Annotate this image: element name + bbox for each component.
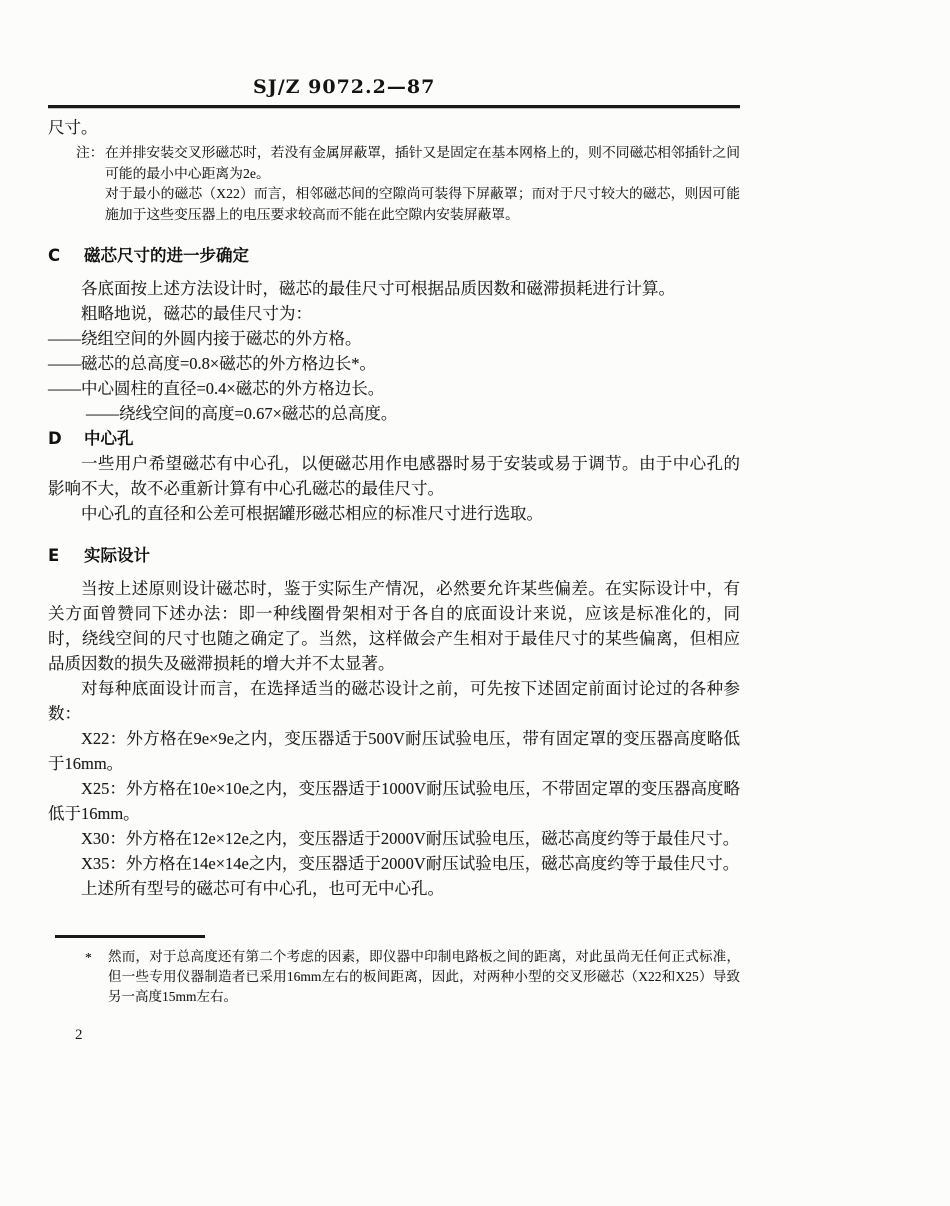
body-paragraph: 中心孔的直径和公差可根据罐形磁芯相应的标准尺寸进行选取。 — [48, 501, 740, 526]
section-heading-d: D中心孔 — [48, 426, 740, 451]
body-paragraph: 粗略地说，磁芯的最佳尺寸为： — [48, 301, 740, 326]
bullet-item: ——磁芯的总高度=0.8×磁芯的外方格边长*。 — [48, 351, 740, 376]
continuation-paragraph: 尺寸。 — [48, 115, 740, 140]
section-title: 实际设计 — [84, 546, 150, 565]
body-paragraph: 各底面按上述方法设计时，磁芯的最佳尺寸可根据品质因数和磁滞损耗进行计算。 — [48, 276, 740, 301]
section-title: 磁芯尺寸的进一步确定 — [84, 246, 249, 265]
standard-code-header: SJ/Z 9072.2—87 — [253, 76, 740, 98]
header-rule — [48, 105, 740, 108]
footnote: * 然而，对于总高度还有第二个考虑的因素，即仪器中印制电路板之间的距离，对此虽尚… — [48, 947, 740, 1007]
page-number: 2 — [75, 1027, 740, 1044]
section-letter: C — [48, 243, 84, 268]
note-paragraph: 对于最小的磁芯（X22）而言，相邻磁芯间的空隙尚可装得下屏蔽罩；而对于尺寸较大的… — [105, 184, 740, 225]
section-heading-c: C磁芯尺寸的进一步确定 — [48, 243, 740, 268]
footnote-rule — [55, 935, 205, 938]
body-paragraph: 上述所有型号的磁芯可有中心孔，也可无中心孔。 — [48, 876, 740, 901]
section-letter: D — [48, 426, 84, 451]
section-title: 中心孔 — [84, 429, 134, 448]
note-paragraph: 在并排安装交叉形磁芯时，若没有金属屏蔽罩，插针又是固定在基本网格上的，则不同磁芯… — [105, 143, 740, 184]
body-paragraph: 一些用户希望磁芯有中心孔，以便磁芯用作电感器时易于安装或易于调节。由于中心孔的影… — [48, 451, 740, 501]
document-page: SJ/Z 9072.2—87 尺寸。 注： 在并排安装交叉形磁芯时，若没有金属屏… — [0, 0, 950, 1206]
spec-paragraph-x22: X22：外方格在9e×9e之内，变压器适于500V耐压试验电压，带有固定罩的变压… — [48, 726, 740, 776]
section-heading-e: E实际设计 — [48, 543, 740, 568]
footnote-text: 然而，对于总高度还有第二个考虑的因素，即仪器中印制电路板之间的距离，对此虽尚无任… — [108, 947, 740, 1007]
note-block: 注： 在并排安装交叉形磁芯时，若没有金属屏蔽罩，插针又是固定在基本网格上的，则不… — [48, 143, 740, 225]
spec-paragraph-x30: X30：外方格在12e×12e之内，变压器适于2000V耐压试验电压，磁芯高度约… — [48, 826, 740, 851]
section-letter: E — [48, 543, 84, 568]
body-paragraph: 当按上述原则设计磁芯时，鉴于实际生产情况，必然要允许某些偏差。在实际设计中，有关… — [48, 576, 740, 676]
spec-paragraph-x25: X25：外方格在10e×10e之内，变压器适于1000V耐压试验电压，不带固定罩… — [48, 776, 740, 826]
spec-paragraph-x35: X35：外方格在14e×14e之内，变压器适于2000V耐压试验电压，磁芯高度约… — [48, 851, 740, 876]
note-label: 注： — [76, 143, 104, 164]
body-paragraph: 对每种底面设计而言，在选择适当的磁芯设计之前，可先按下述固定前面讨论过的各种参数… — [48, 676, 740, 726]
footnote-marker: * — [85, 948, 92, 968]
bullet-item: ——绕线空间的高度=0.67×磁芯的总高度。 — [48, 401, 740, 426]
bullet-item: ——绕组空间的外圆内接于磁芯的外方格。 — [48, 326, 740, 351]
bullet-item: ——中心圆柱的直径=0.4×磁芯的外方格边长。 — [48, 376, 740, 401]
